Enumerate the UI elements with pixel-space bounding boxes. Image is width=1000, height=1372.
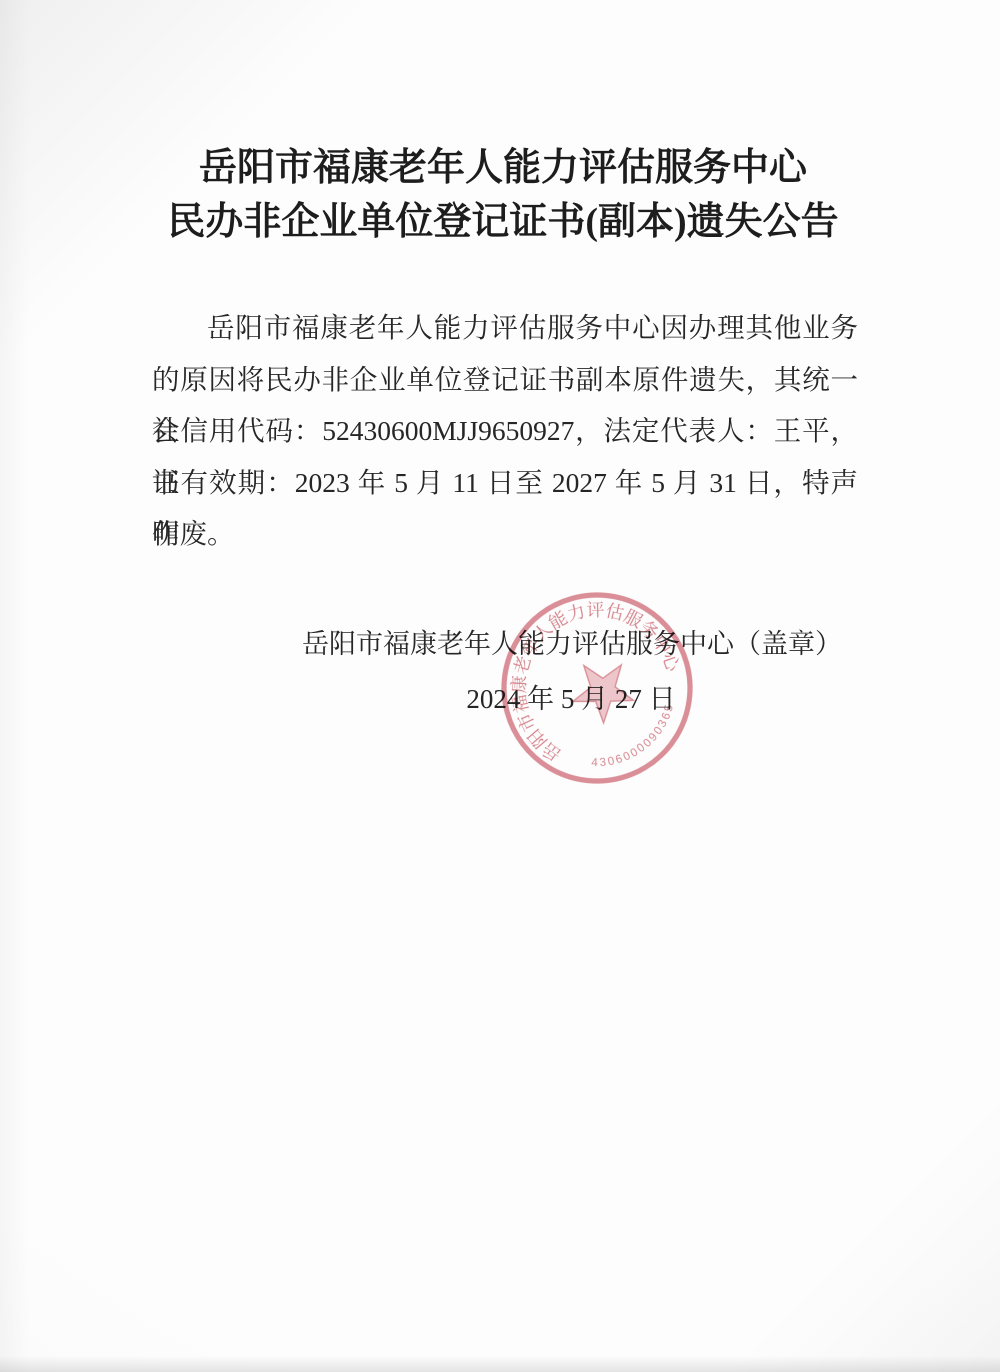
signature-line: 岳阳市福康老年人能力评估服务中心（盖章） — [72, 626, 1000, 662]
seal-ring-text: 岳阳市福康老年人能力评估服务中心 — [473, 564, 689, 770]
announcement-body: 岳阳市福康老年人能力评估服务中心因办理其他业务 的原因将民办非企业单位登记证书副… — [152, 302, 858, 560]
title-line-1: 岳阳市福康老年人能力评估服务中心 — [6, 141, 1000, 195]
announcement-document-page: 岳阳市福康老年人能力评估服务中心 民办非企业单位登记证书(副本)遗失公告 岳阳市… — [0, 0, 1000, 1372]
date-line: 2024 年 5 月 27 日 — [71, 681, 1000, 717]
title-line-2: 民办非企业单位登记证书(副本)遗失公告 — [6, 195, 1000, 249]
document-title: 岳阳市福康老年人能力评估服务中心 民办非企业单位登记证书(副本)遗失公告 — [0, 141, 1000, 249]
body-line-2: 的原因将民办非企业单位登记证书副本原件遗失，其统一社 — [152, 354, 858, 406]
body-line-4: 书有效期：2023 年 5 月 11 日至 2027 年 5 月 31 日，特声… — [152, 457, 858, 509]
body-line-3: 会信用代码：52430600MJJ9650927，法定代表人：王平，证 — [152, 405, 858, 457]
svg-text:岳阳市福康老年人能力评估服务中心: 岳阳市福康老年人能力评估服务中心 — [473, 564, 689, 770]
body-line-1: 岳阳市福康老年人能力评估服务中心因办理其他业务 — [152, 302, 858, 354]
body-line-5: 作废。 — [152, 508, 858, 560]
